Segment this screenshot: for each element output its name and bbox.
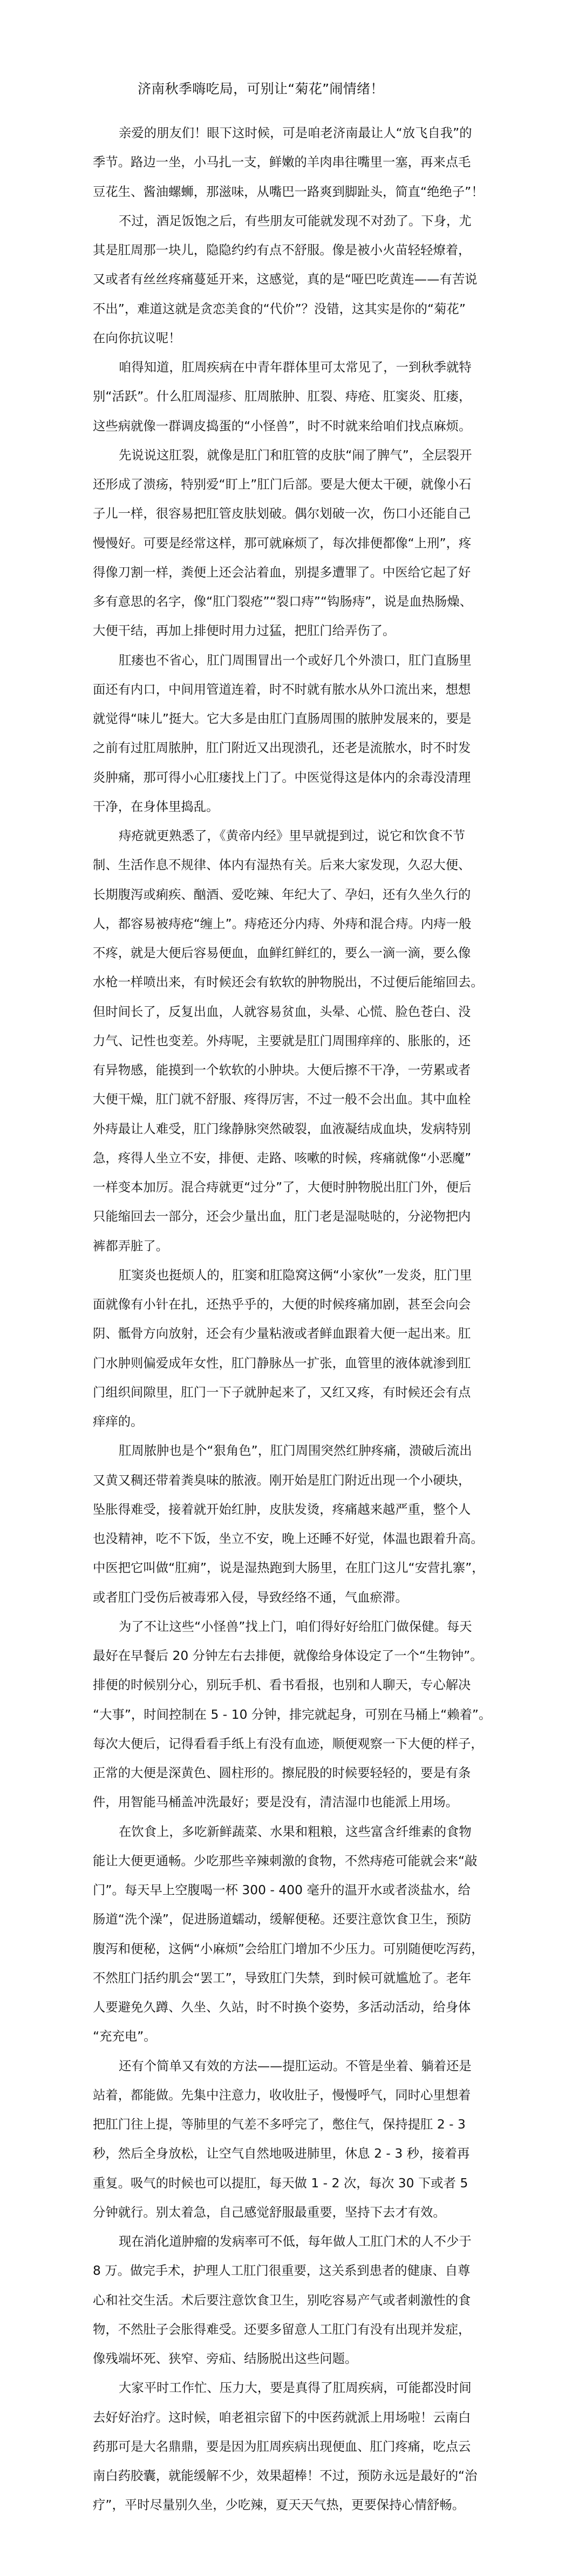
paragraph-line: 先说说这肛裂，就像是肛门和肛管的皮肤“闹了脾气”，全层裂开 [93, 448, 481, 477]
paragraph-line: 肛窦炎也挺烦人的，肛窦和肛隐窝这俩“小家伙”一发炎，肛门里 [93, 1267, 481, 1297]
paragraph: 肛周脓肿也是个“狠角色”，肛门周围突然红肿疼痛，溃破后流出又黄又稠还带着粪臭味的… [93, 1443, 481, 1619]
paragraph-line: 8 万。做完手术，护理人工肛门很重要，这关系到患者的健康、自尊 [93, 2263, 481, 2292]
paragraph-line: 其是肛周那一块儿，隐隐约约有点不舒服。像是被小火苗轻轻燎着， [93, 242, 481, 272]
paragraph-line: 就觉得“味儿”挺大。它大多是由肛门直肠周围的脓肿发展来的，要是 [93, 711, 481, 740]
paragraph-line: 面还有内口，中间用管道连着，时不时就有脓水从外口流出来，想想 [93, 682, 481, 711]
paragraph-line: 疗”，平时尽量别久坐，少吃辣，夏天天气热，更要保持心情舒畅。 [93, 2497, 481, 2526]
paragraph-line: 别“活跃”。什么肛周湿疹、肛周脓肿、肛裂、痔疮、肛窦炎、肛瘘， [93, 389, 481, 418]
paragraph-line: 面就像有小针在扎，还热乎乎的，大便的时候疼痛加剧，甚至会向会 [93, 1297, 481, 1326]
paragraph-line: 裤都弄脏了。 [93, 1238, 481, 1267]
paragraph-line: 不疼，就是大便后容易便血，血鲜红鲜红的，要么一滴一滴，要么像 [93, 945, 481, 974]
paragraph-line: 人要避免久蹲、久坐、久站，时不时换个姿势，多活动活动，给身体 [93, 1999, 481, 2029]
paragraph-line: 也没精神，吃不下饭，坐立不安，晚上还睡不好觉，体温也跟着升高。 [93, 1531, 481, 1560]
paragraph-line: 但时间长了，反复出血，人就容易贫血，头晕、心慌、脸色苍白、没 [93, 1004, 481, 1033]
paragraph-line: 炎肿痛，那可得小心肛瘘找上门了。中医觉得这是体内的余毒没清理 [93, 770, 481, 799]
paragraph-line: 或者肛门受伤后被毒邪入侵，导致经络不通，气血瘀滞。 [93, 1590, 481, 1619]
paragraph-line: 大便干燥，肛门就不舒服、疼得厉害，不过一般不会出血。其中血栓 [93, 1092, 481, 1121]
paragraph-line: 子儿一样，很容易把肛管皮肤划破。偶尔划破一次，伤口小还能自己 [93, 506, 481, 535]
paragraph-line: 急，疼得人坐立不安，排便、走路、咳嗽的时候，疼痛就像“小恶魔” [93, 1150, 481, 1179]
paragraph: 咱得知道，肛周疾病在中青年群体里可太常见了，一到秋季就特别“活跃”。什么肛周湿疹… [93, 360, 481, 448]
paragraph-line: 像残端坏死、狭窄、旁疝、结肠脱出这些问题。 [93, 2351, 481, 2380]
paragraph: 肛窦炎也挺烦人的，肛窦和肛隐窝这俩“小家伙”一发炎，肛门里面就像有小针在扎，还热… [93, 1267, 481, 1443]
paragraph-line: 有异物感，能摸到一个软软的小肿块。大便后擦不干净，一劳累或者 [93, 1062, 481, 1092]
paragraph-line: 豆花生、酱油螺蛳，那滋味，从嘴巴一路爽到脚趾头，简直“绝绝子”！ [93, 184, 481, 213]
paragraph-line: 每次大便后，记得看看手纸上有没有血迹，顺便观察一下大便的样子， [93, 1736, 481, 1765]
paragraph-line: 只能缩回去一部分，还会少量出血，肛门老是湿哒哒的，分泌物把内 [93, 1209, 481, 1238]
paragraph: 现在消化道肿瘤的发病率可不低，每年做人工肛门术的人不少于8 万。做完手术，护理人… [93, 2234, 481, 2380]
article-title: 济南秋季嗨吃局，可别让“菊花”闹情绪！ [138, 80, 384, 98]
paragraph-line: 腹泻和便秘，这俩“小麻烦”会给肛门增加不少压力。可别随便吃泻药， [93, 1941, 481, 1970]
paragraph-line: 在向你抗议呢！ [93, 330, 481, 360]
paragraph-line: 不过，酒足饭饱之后，有些朋友可能就发现不对劲了。下身，尤 [93, 213, 481, 242]
paragraph-line: 站着，都能做。先集中注意力，收收肚子，慢慢呼气，同时心里想着 [93, 2087, 481, 2117]
paragraph-line: 中医把它叫做“肛痈”，说是湿热跑到大肠里，在肛门这儿“安营扎寨”， [93, 1560, 481, 1589]
paragraph-line: 咱得知道，肛周疾病在中青年群体里可太常见了，一到秋季就特 [93, 360, 481, 389]
paragraph-line: 亲爱的朋友们！眼下这时候，可是咱老济南最让人“放飞自我”的 [93, 125, 481, 154]
paragraph-line: 肠道“洗个澡”，促进肠道蠕动，缓解便秘。还要注意饮食卫生，预防 [93, 1911, 481, 1941]
paragraph: 先说说这肛裂，就像是肛门和肛管的皮肤“闹了脾气”，全层裂开还形成了溃疡，特别爱“… [93, 448, 481, 653]
paragraph-line: 水枪一样喷出来，有时候还会有软软的肿物脱出，不过便后能缩回去。 [93, 974, 481, 1004]
paragraph-line: 之前有过肛周脓肿，肛门附近又出现溃孔，还老是流脓水，时不时发 [93, 740, 481, 769]
paragraph-line: 长期腹泻或痢疾、酗酒、爱吃辣、年纪大了、孕妇，还有久坐久行的 [93, 887, 481, 916]
paragraph-line: 门水肿则偏爱成年女性，肛门静脉丛一扩张，血管里的液体就渗到肛 [93, 1355, 481, 1385]
paragraph-line: 分钟就行。别太着急，自己感觉舒服最重要，坚持下去才有效。 [93, 2205, 481, 2234]
paragraph-line: 制、生活作息不规律、体内有湿热有关。后来大家发现，久忍大便、 [93, 857, 481, 886]
paragraph: 不过，酒足饭饱之后，有些朋友可能就发现不对劲了。下身，尤其是肛周那一块儿，隐隐约… [93, 213, 481, 360]
paragraph-line: 一样变本加厉。混合痔就更“过分”了，大便时肿物脱出肛门外，便后 [93, 1179, 481, 1209]
paragraph-line: 人，都容易被痔疮“缠上”。痔疮还分内痔、外痔和混合痔。内痔一般 [93, 916, 481, 945]
paragraph-line: 季节。路边一坐，小马扎一支，鲜嫩的羊肉串往嘴里一塞，再来点毛 [93, 154, 481, 184]
paragraph-line: 药那可是大名鼎鼎，要是因为肛周疾病出现便血、肛门疼痛，吃点云 [93, 2439, 481, 2468]
paragraph: 在饮食上，多吃新鲜蔬菜、水果和粗粮，这些富含纤维素的食物能让大便更通畅。少吃那些… [93, 1824, 481, 2058]
paragraph-line: 在饮食上，多吃新鲜蔬菜、水果和粗粮，这些富含纤维素的食物 [93, 1824, 481, 1853]
paragraph: 大家平时工作忙、压力大，要是真得了肛周疾病，可能都没时间去好好治疗。这时候，咱老… [93, 2380, 481, 2526]
paragraph-line: 南白药胶囊，就能缓解不少，效果超棒！不过，预防永远是最好的“治 [93, 2468, 481, 2497]
paragraph-line: 不出”，难道这就是贪恋美食的“代价”？没错，这其实是你的“菊花” [93, 301, 481, 330]
paragraph-line: 重复。吸气的时候也可以提肛，每天做 1 - 2 次，每次 30 下或者 5 [93, 2175, 481, 2205]
article-body: 亲爱的朋友们！眼下这时候，可是咱老济南最让人“放飞自我”的季节。路边一坐，小马扎… [93, 125, 481, 2527]
paragraph-line: 痔疮就更熟悉了，《黄帝内经》里早就提到过，说它和饮食不节 [93, 828, 481, 857]
paragraph-line: 不然肛门括约肌会“罢工”，导致肛门失禁，到时候可就尴尬了。老年 [93, 1970, 481, 1999]
paragraph-line: 坠胀得难受，接着就开始红肿，皮肤发烫，疼痛越来越严重，整个人 [93, 1502, 481, 1531]
paragraph-line: 门组织间隙里，肛门一下子就肿起来了，又红又疼，有时候还会有点 [93, 1385, 481, 1414]
paragraph-line: 肛周脓肿也是个“狠角色”，肛门周围突然红肿疼痛，溃破后流出 [93, 1443, 481, 1472]
paragraph-line: 痒痒的。 [93, 1414, 481, 1443]
paragraph-line: 最好在早餐后 20 分钟左右去排便，就像给身体设定了一个“生物钟”。 [93, 1648, 481, 1677]
paragraph-line: “大事”，时间控制在 5 - 10 分钟，排完就起身，可别在马桶上“赖着”。 [93, 1707, 481, 1736]
paragraph-line: 排便的时候别分心，别玩手机、看书看报，也别和人聊天，专心解决 [93, 1677, 481, 1706]
paragraph: 还有个简单又有效的方法——提肛运动。不管是坐着、躺着还是站着，都能做。先集中注意… [93, 2058, 481, 2234]
paragraph-line: 大便干结，再加上排便时用力过猛，把肛门给弄伤了。 [93, 623, 481, 652]
paragraph-line: 得像刀割一样，粪便上还会沾着血，别提多遭罪了。中医给它起了好 [93, 565, 481, 594]
paragraph-line: 多有意思的名字，像“肛门裂疮”“裂口痔”“钩肠痔”，说是血热肠燥、 [93, 594, 481, 623]
paragraph-line: 外痔最让人难受，肛门缘静脉突然破裂，血液凝结成血块，发病特别 [93, 1121, 481, 1150]
paragraph-line: 件，用智能马桶盖冲洗最好；要是没有，清洁湿巾也能派上用场。 [93, 1794, 481, 1823]
paragraph-line: 干净，在身体里捣乱。 [93, 799, 481, 828]
paragraph: 痔疮就更熟悉了，《黄帝内经》里早就提到过，说它和饮食不节制、生活作息不规律、体内… [93, 828, 481, 1267]
paragraph-line: 阴、骶骨方向放射，还会有少量粘液或者鲜血跟着大便一起出来。肛 [93, 1326, 481, 1355]
paragraph: 亲爱的朋友们！眼下这时候，可是咱老济南最让人“放飞自我”的季节。路边一坐，小马扎… [93, 125, 481, 213]
paragraph-line: 为了不让这些“小怪兽”找上门，咱们得好好给肛门做保健。每天 [93, 1619, 481, 1648]
paragraph-line: 秒，然后全身放松，让空气自然地吸进肺里，休息 2 - 3 秒，接着再 [93, 2146, 481, 2175]
paragraph-line: 大家平时工作忙、压力大，要是真得了肛周疾病，可能都没时间 [93, 2380, 481, 2409]
paragraph: 为了不让这些“小怪兽”找上门，咱们得好好给肛门做保健。每天最好在早餐后 20 分… [93, 1619, 481, 1824]
paragraph-line: 把肛门往上提，等肺里的气差不多呼完了，憋住气，保持提肛 2 - 3 [93, 2117, 481, 2146]
paragraph-line: 物，不然肚子会胀得难受。还要多留意人工肛门有没有出现并发症， [93, 2322, 481, 2351]
paragraph-line: 又黄又稠还带着粪臭味的脓液。刚开始是肛门附近出现一个小硬块， [93, 1473, 481, 1502]
paragraph-line: 正常的大便是深黄色、圆柱形的。擦屁股的时候要轻轻的，要是有条 [93, 1765, 481, 1794]
paragraph-line: 能让大便更通畅。少吃那些辛辣刺激的食物，不然痔疮可能就会来“敲 [93, 1853, 481, 1882]
paragraph-line: 心和社交生活。术后要注意饮食卫生，别吃容易产气或者刺激性的食 [93, 2293, 481, 2322]
paragraph-line: 现在消化道肿瘤的发病率可不低，每年做人工肛门术的人不少于 [93, 2234, 481, 2263]
paragraph-line: 还有个简单又有效的方法——提肛运动。不管是坐着、躺着还是 [93, 2058, 481, 2087]
paragraph-line: 力气、记性也变差。外痔呢，主要就是肛门周围痒痒的、胀胀的，还 [93, 1033, 481, 1062]
paragraph-line: 又或者有丝丝疼痛蔓延开来，这感觉，真的是“哑巴吃黄连——有苦说 [93, 272, 481, 301]
paragraph-line: “充充电”。 [93, 2029, 481, 2058]
paragraph-line: 慢慢好。可要是经常这样，那可就麻烦了，每次排便都像“上刑”，疼 [93, 535, 481, 565]
paragraph-line: 去好好治疗。这时候，咱老祖宗留下的中医药就派上用场啦！云南白 [93, 2410, 481, 2439]
paragraph-line: 这些病就像一群调皮捣蛋的“小怪兽”，时不时就来给咱们找点麻烦。 [93, 418, 481, 448]
paragraph-line: 肛瘘也不省心，肛门周围冒出一个或好几个外溃口，肛门直肠里 [93, 653, 481, 682]
paragraph: 肛瘘也不省心，肛门周围冒出一个或好几个外溃口，肛门直肠里面还有内口，中间用管道连… [93, 653, 481, 829]
paragraph-line: 还形成了溃疡，特别爱“盯上”肛门后部。要是大便太干硬，就像小石 [93, 477, 481, 506]
paragraph-line: 门”。每天早上空腹喝一杯 300 - 400 毫升的温开水或者淡盐水，给 [93, 1882, 481, 1911]
